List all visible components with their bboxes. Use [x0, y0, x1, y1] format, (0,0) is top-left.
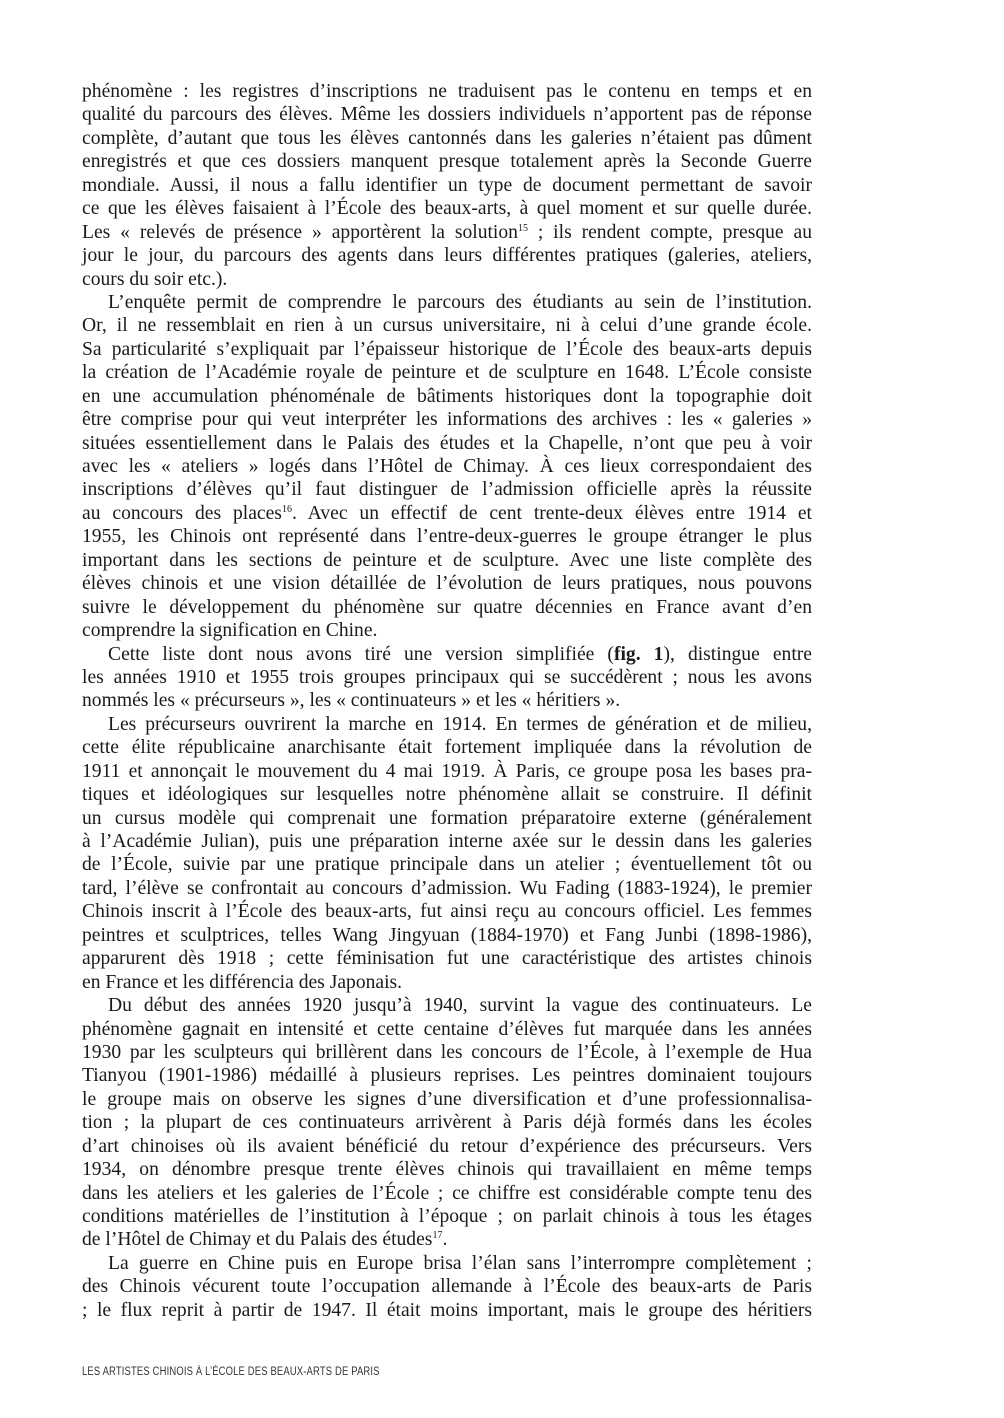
text-line: suivre le développement du phénomène sur…: [82, 596, 812, 619]
text-line: avec les « ateliers » logés dans l’Hôtel…: [82, 455, 812, 478]
text-run: au concours des places: [82, 503, 282, 524]
text-run: ), distingue entre: [663, 644, 812, 665]
text-line: en France et les différencia des Japonai…: [82, 971, 812, 994]
text-line: phénomène : les registres d’inscriptions…: [82, 80, 812, 103]
text-line: apparurent dès 1918 ; cette féminisation…: [82, 947, 812, 970]
text-line: en une accumulation phénoménale de bâtim…: [82, 385, 812, 408]
text-line: ; le flux reprit à partir de 1947. Il ét…: [82, 1299, 812, 1322]
text-line: d’art chinoises où ils avaient bénéficié…: [82, 1135, 812, 1158]
text-line: dans les ateliers et les galeries de l’É…: [82, 1182, 812, 1205]
text-line: tion ; la plupart de ces continuateurs a…: [82, 1111, 812, 1134]
paragraph: phénomène : les registres d’inscriptions…: [82, 80, 812, 291]
text-line: La guerre en Chine puis en Europe brisa …: [82, 1252, 812, 1275]
text-line: ce que les élèves faisaient à l’École de…: [82, 197, 812, 220]
figure-reference: fig. 1: [614, 644, 664, 665]
text-line: tiques et idéologiques sur lesquelles no…: [82, 783, 812, 806]
body-text-column: phénomène : les registres d’inscriptions…: [82, 80, 812, 1322]
text-line: élèves chinois et une vision détaillée d…: [82, 572, 812, 595]
paragraph: Cette liste dont nous avons tiré une ver…: [82, 643, 812, 713]
text-line: Les « relevés de présence » apportèrent …: [82, 221, 812, 244]
text-line: L’enquête permit de comprendre le parcou…: [82, 291, 812, 314]
text-line: Les précurseurs ouvrirent la marche en 1…: [82, 713, 812, 736]
text-line: conditions matérielles de l’institution …: [82, 1205, 812, 1228]
text-line: Chinois inscrit à l’École des beaux-arts…: [82, 900, 812, 923]
running-footer: LES ARTISTES CHINOIS À L’ÉCOLE DES BEAUX…: [82, 1366, 380, 1378]
text-line: important dans les sections de peinture …: [82, 549, 812, 572]
text-run: ; ils rendent compte, presque au: [528, 222, 812, 243]
text-line: inscriptions d’élèves qu’il faut disting…: [82, 478, 812, 501]
paragraph: Les précurseurs ouvrirent la marche en 1…: [82, 713, 812, 994]
text-line: mondiale. Aussi, il nous a fallu identif…: [82, 174, 812, 197]
text-line: au concours des places16. Avec un effect…: [82, 502, 812, 525]
book-page: phénomène : les registres d’inscriptions…: [0, 0, 1004, 1418]
text-line: 1955, les Chinois ont représenté dans l’…: [82, 525, 812, 548]
text-run: Cette liste dont nous avons tiré une ver…: [108, 644, 614, 665]
text-line: la création de l’Académie royale de pein…: [82, 361, 812, 384]
text-line: nommés les « précurseurs », les « contin…: [82, 689, 812, 712]
text-run: .: [442, 1229, 447, 1250]
text-line: des Chinois vécurent toute l’occupation …: [82, 1275, 812, 1298]
text-run: de l’Hôtel de Chimay et du Palais des ét…: [82, 1229, 432, 1250]
text-line: les années 1910 et 1955 trois groupes pr…: [82, 666, 812, 689]
text-line: phénomène gagnait en intensité et cette …: [82, 1018, 812, 1041]
text-line: le groupe mais on observe les signes d’u…: [82, 1088, 812, 1111]
text-line: peintres et sculptrices, telles Wang Jin…: [82, 924, 812, 947]
text-line: Tianyou (1901-1986) médaillé à plusieurs…: [82, 1064, 812, 1087]
text-line: 1934, on dénombre presque trente élèves …: [82, 1158, 812, 1181]
text-line: 1930 par les sculpteurs qui brillèrent d…: [82, 1041, 812, 1064]
text-line: Sa particularité s’expliquait par l’épai…: [82, 338, 812, 361]
text-run: . Avec un effectif de cent trente-deux é…: [292, 503, 812, 524]
text-line: complète, d’autant que tous les élèves c…: [82, 127, 812, 150]
text-line: cette élite républicaine anarchisante ét…: [82, 736, 812, 759]
text-line: Du début des années 1920 jusqu’à 1940, s…: [82, 994, 812, 1017]
text-line: 1911 et annonçait le mouvement du 4 mai …: [82, 760, 812, 783]
footnote-reference[interactable]: 16: [282, 504, 292, 515]
footnote-reference[interactable]: 17: [432, 1230, 442, 1241]
text-line: être comprise pour qui veut interpréter …: [82, 408, 812, 431]
paragraph: La guerre en Chine puis en Europe brisa …: [82, 1252, 812, 1322]
text-line: Cette liste dont nous avons tiré une ver…: [82, 643, 812, 666]
footnote-reference[interactable]: 15: [518, 223, 528, 234]
text-line: enregistrés et que ces dossiers manquent…: [82, 150, 812, 173]
text-line: comprendre la signification en Chine.: [82, 619, 812, 642]
text-run: Les « relevés de présence » apportèrent …: [82, 222, 518, 243]
text-line: situées essentiellement dans le Palais d…: [82, 432, 812, 455]
text-line: à l’Académie Julian), puis une préparati…: [82, 830, 812, 853]
text-line: de l’Hôtel de Chimay et du Palais des ét…: [82, 1228, 812, 1251]
text-line: tard, l’élève se confrontait au concours…: [82, 877, 812, 900]
text-line: jour le jour, du parcours des agents dan…: [82, 244, 812, 267]
text-line: de l’École, suivie par une pratique prin…: [82, 853, 812, 876]
text-line: cours du soir etc.).: [82, 268, 812, 291]
text-line: un cursus modèle qui comprenait une form…: [82, 807, 812, 830]
paragraph: L’enquête permit de comprendre le parcou…: [82, 291, 812, 643]
paragraph: Du début des années 1920 jusqu’à 1940, s…: [82, 994, 812, 1252]
text-line: qualité du parcours des élèves. Même les…: [82, 103, 812, 126]
text-line: Or, il ne ressemblait en rien à un cursu…: [82, 314, 812, 337]
